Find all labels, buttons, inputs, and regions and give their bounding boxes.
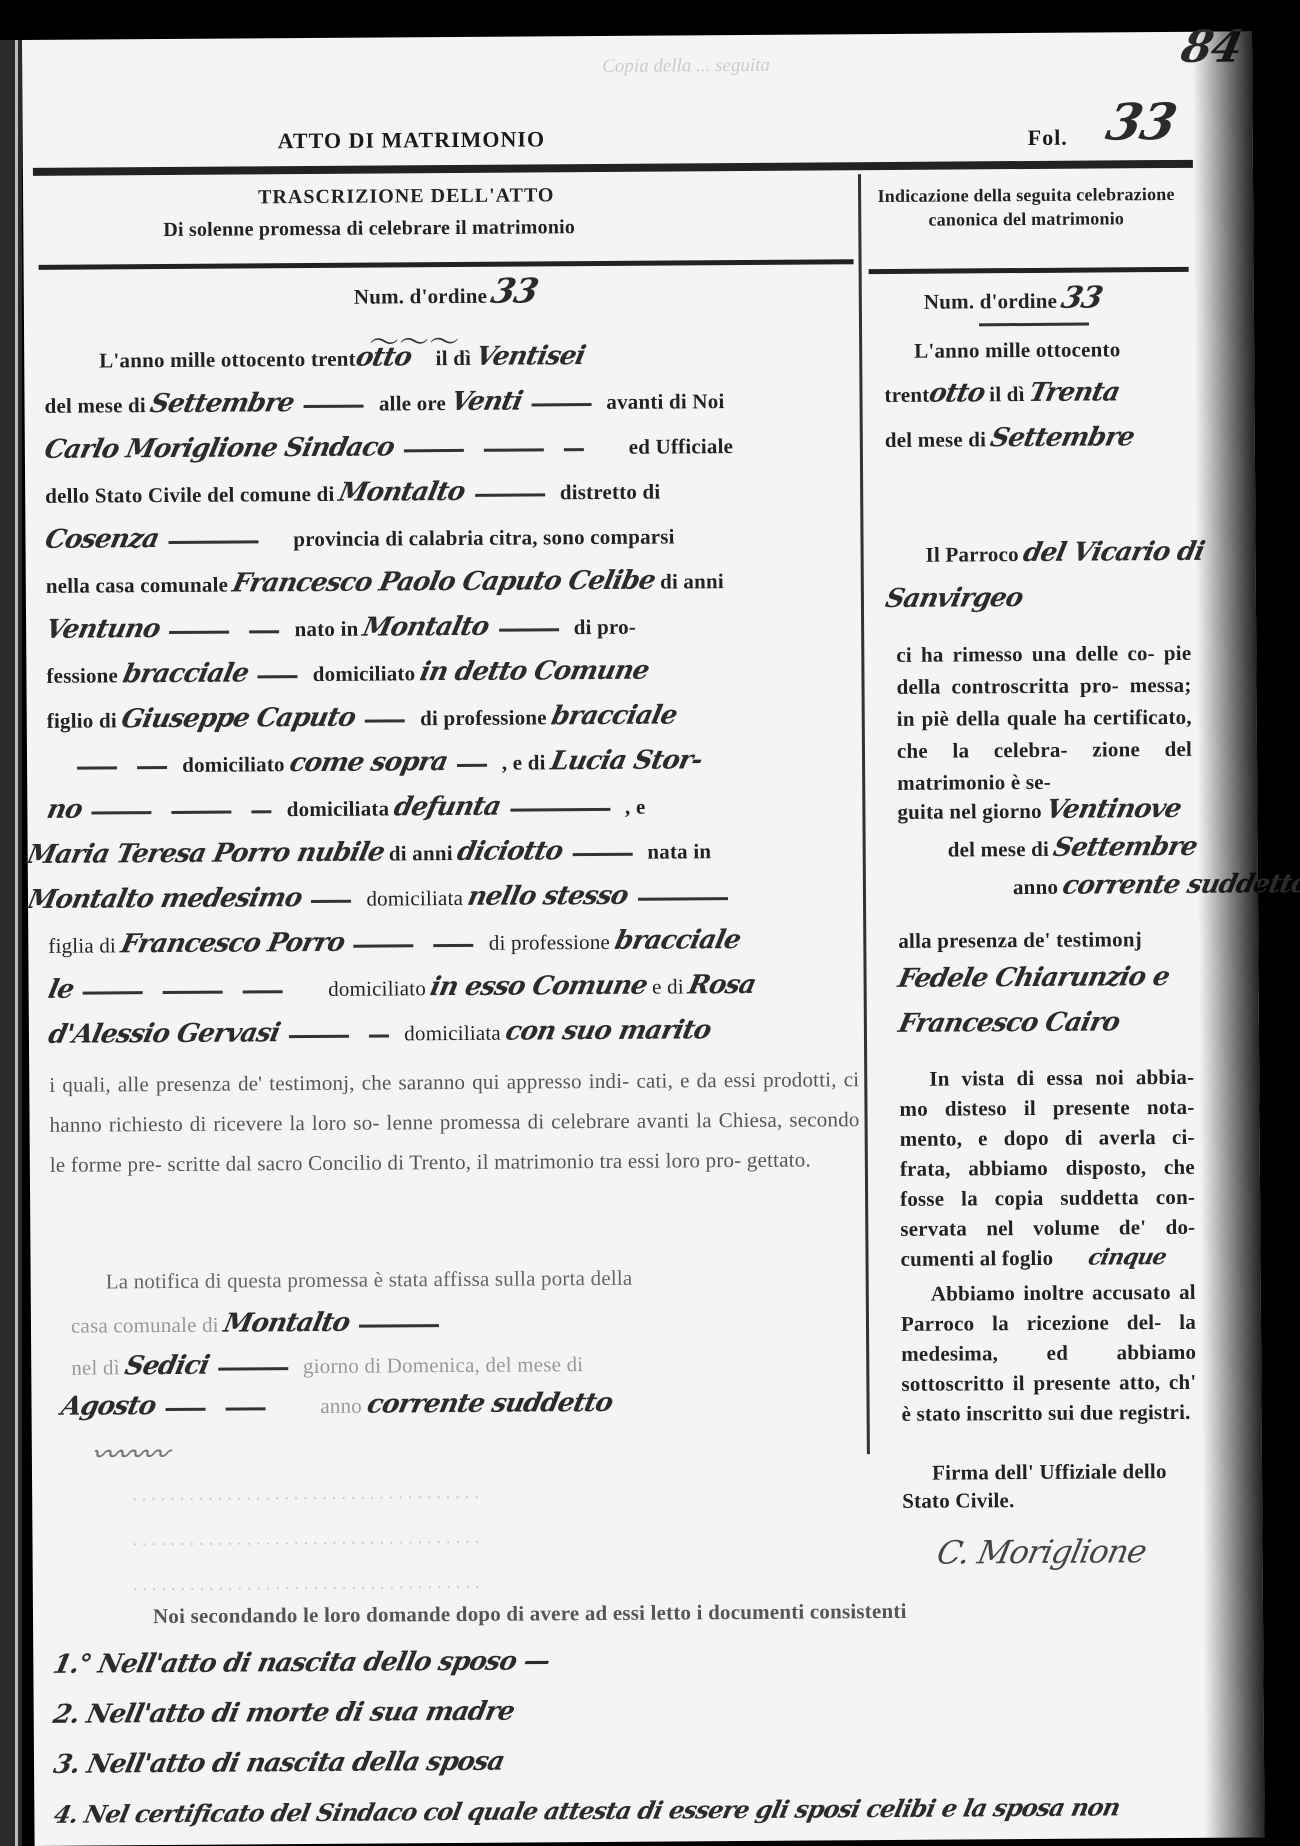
left-subheader-rule bbox=[39, 259, 854, 270]
book-binding-edge bbox=[0, 40, 22, 1846]
line-officer: Carlo Moriglione Sindaco ed Ufficiale bbox=[45, 430, 733, 465]
witness-1: Fedele Chiarunzio e bbox=[895, 962, 1171, 994]
bleed-line: . . . . . . . . . . . . . . . . . . . . … bbox=[133, 1572, 480, 1596]
line-bride: Maria Teresa Porro nubile di anni diciot… bbox=[28, 835, 712, 870]
line-groom: nella casa comunale Francesco Paolo Capu… bbox=[46, 565, 724, 600]
right-parroco-paragraph: ci ha rimesso una delle co- pie della co… bbox=[896, 637, 1192, 799]
line-year: L'anno mille ottocento trentotto il dì V… bbox=[99, 341, 584, 374]
line-month: del mese di Settembre alle ore Venti ava… bbox=[44, 385, 724, 420]
left-order-number-row: Num. d'ordine 33 bbox=[354, 271, 538, 312]
footer-item-2: 2. Nell'atto di morte di sua madre bbox=[51, 1697, 517, 1730]
bleed-line: . . . . . . . . . . . . . . . . . . . . … bbox=[132, 1527, 479, 1551]
line-bride-birthplace: Montalto medesimo domiciliata nello stes… bbox=[28, 880, 738, 915]
promise-paragraph: i quali, alle presenza de' testimonj, ch… bbox=[49, 1059, 860, 1185]
right-section-title: Indicazione della seguita celebrazione c… bbox=[871, 182, 1181, 232]
line-groom-father: figlio di Giuseppe Caputo di professione… bbox=[47, 700, 677, 734]
right-parroco-place: Sanvirgeo bbox=[883, 583, 1025, 614]
left-section-title: TRASCRIZIONE DELL'ATTO bbox=[258, 184, 554, 209]
right-celebration-month: del mese di Settembre bbox=[948, 832, 1197, 864]
folio-number: 84 bbox=[1177, 21, 1247, 72]
footer-item-4: 4. Nel certificato del Sindaco col quale… bbox=[51, 1792, 1122, 1828]
line-groom-father-domicile: domiciliato come sopra , e di Lucia Stor… bbox=[67, 745, 701, 779]
bleed-line: . . . . . . . . . . . . . . . . . . . . … bbox=[132, 1482, 479, 1506]
line-bride-father: figlia di Francesco Porro di professione… bbox=[48, 925, 740, 960]
left-section-subtitle: Di solenne promessa di celebrare il matr… bbox=[163, 216, 575, 242]
right-closing-paragraph-2: Abbiamo inoltre accusato al Parroco la r… bbox=[901, 1277, 1197, 1429]
right-witnesses-label: alla presenza de' testimonj bbox=[898, 927, 1142, 954]
line-bride-mother: d'Alessio Gervasi domiciliata con suo ma… bbox=[49, 1015, 711, 1050]
right-month-line: del mese di Settembre bbox=[885, 422, 1134, 454]
right-subheader-rule bbox=[869, 267, 1189, 274]
right-order-number-row: Num. d'ordine 33 bbox=[924, 280, 1102, 316]
order-label: Num. d'ordine bbox=[354, 284, 487, 309]
right-closing-paragraph: In vista di essa noi abbia- mo disteso i… bbox=[899, 1062, 1195, 1274]
order-number: 33 bbox=[488, 271, 542, 311]
line-bride-father-domicile: le domiciliato in esso Comune e di Rosa bbox=[49, 970, 756, 1005]
register-page: 84 33 Copia della ... seguita ATTO DI MA… bbox=[22, 31, 1265, 1846]
publication-line-2: casa comunale di Montalto bbox=[71, 1307, 449, 1340]
signature-label: Firma dell' Uffiziale dello Stato Civile… bbox=[902, 1457, 1197, 1515]
line-comune: dello Stato Civile del comune di Montalt… bbox=[45, 476, 660, 510]
scribble-flourish: 〰〰〰 bbox=[88, 1434, 171, 1472]
footer-item-1: 1.° Nell'atto di nascita dello sposo — bbox=[50, 1646, 552, 1680]
right-year-line-2: trentotto il dì Trenta bbox=[884, 377, 1119, 409]
header-rule bbox=[33, 160, 1193, 176]
right-celebration-year: anno corrente suddetto bbox=[1013, 869, 1300, 901]
line-groom-age: Ventuno nato in Montalto di pro- bbox=[46, 611, 636, 645]
footer-printed-line: Noi secondando le loro domande dopo di a… bbox=[153, 1599, 907, 1629]
line-groom-mother: no domiciliata defunta , e bbox=[47, 791, 645, 825]
publication-line-3: nel dì Sedici giorno di Domenica, del me… bbox=[71, 1348, 583, 1382]
witness-2: Francesco Cairo bbox=[896, 1007, 1122, 1039]
line-district: Cosenza provincia di calabria citra, son… bbox=[45, 520, 674, 554]
right-parroco-line: Il Parroco del Vicario di bbox=[926, 537, 1204, 569]
right-celebration-day: guita nel giorno Ventinove bbox=[897, 794, 1181, 826]
publication-line-4: Agosto anno corrente suddetto bbox=[61, 1388, 611, 1422]
publication-line-1: La notifica di questa promessa è stata a… bbox=[106, 1266, 633, 1295]
column-divider bbox=[858, 174, 870, 1454]
sheet-number: 33 bbox=[1102, 92, 1182, 152]
footer-item-3: 3. Nell'atto di nascita della sposa bbox=[51, 1747, 507, 1780]
bleed-through-text: Copia della ... seguita bbox=[602, 55, 770, 78]
line-groom-profession: fessione bracciale domiciliato in detto … bbox=[46, 656, 648, 690]
document-title: ATTO DI MATRIMONIO bbox=[278, 126, 546, 154]
right-order-rule bbox=[979, 323, 1089, 327]
officer-signature: C. Moriglione bbox=[934, 1532, 1150, 1572]
right-year-line-1: L'anno mille ottocento bbox=[914, 337, 1120, 363]
folio-label: Fol. bbox=[1028, 125, 1068, 151]
